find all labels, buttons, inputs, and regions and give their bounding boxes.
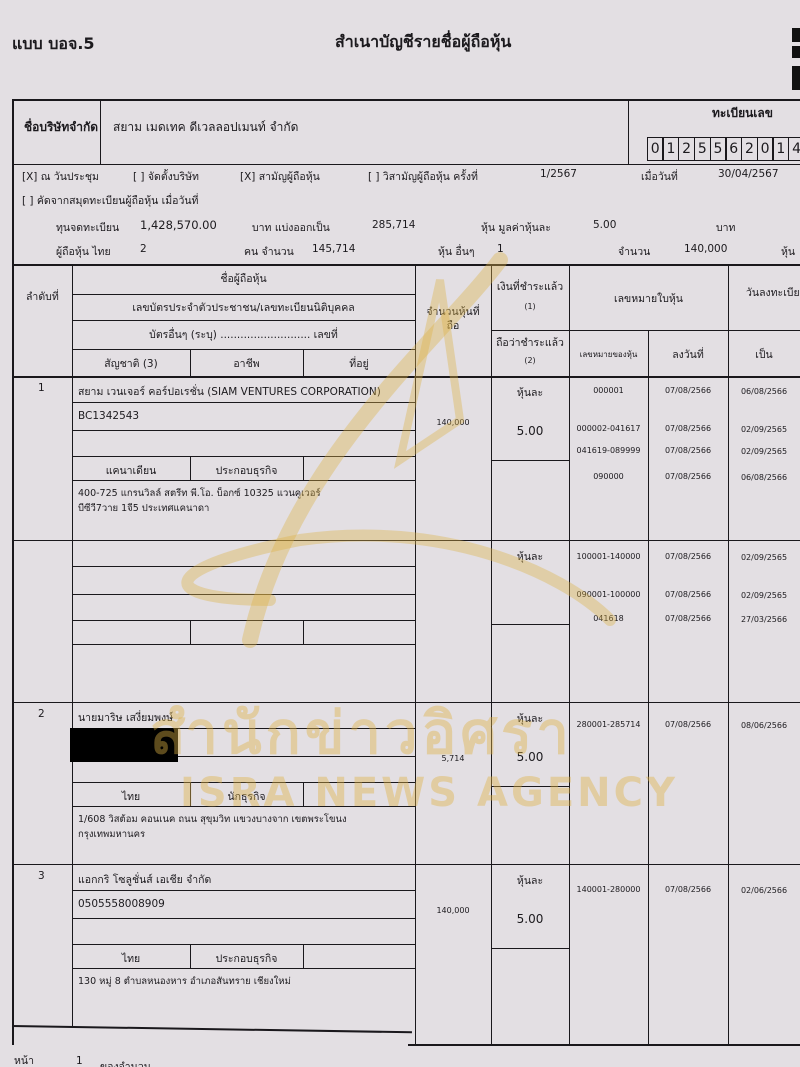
shares-held: 140,000 [415,418,491,427]
divider [72,294,415,295]
per-share-label: หุ้นละ [491,384,569,401]
baht-unit: บาท [716,219,735,236]
holder-name: สยาม เวนเจอร์ คอร์ปอเรชั่น (SIAM VENTURE… [78,383,381,400]
share-number-range: 000002-041617 [569,424,648,433]
divider [491,330,800,331]
holder-occupation: ประกอบธุรกิจ [190,950,303,967]
thai-holders-count: 2 [140,243,147,255]
other-shares: 140,000 [684,243,727,255]
company-name: สยาม เมดเทค ดีเวลลอปเมนท์ จำกัด [113,118,298,137]
divider [303,456,304,480]
registration-digit: 2 [741,137,758,161]
page-number: 1 [76,1055,83,1067]
divider [72,430,415,431]
registration-date: 08/06/2566 [728,721,800,730]
thai-holders-label: ผู้ถือหุ้น ไทย [56,243,111,260]
col-certificate-no: เลขหมายใบหุ้น [569,290,728,307]
per-share-label: หุ้นละ [491,710,569,727]
divider [303,944,304,968]
col-seq: ลำดับที่ [26,288,59,305]
holder-id-number: 0505558008909 [78,898,165,910]
total-shares: 285,714 [372,219,415,231]
divider [491,948,569,949]
meeting-number: 1/2567 [540,168,577,180]
shares-held: 5,714 [415,754,491,763]
page-label: หน้า [14,1052,34,1067]
divider [72,620,415,621]
registration-number: 0125562014 [648,137,800,161]
divider [190,620,191,644]
divider [12,702,800,703]
option-copy-from-register: [ ] คัดจากสมุดทะเบียนผู้ถือหุ้น เมื่อวัน… [22,192,198,209]
divider [648,330,649,1044]
col-paid-cash: เงินที่ชำระแล้ว [491,278,569,295]
page-title: สำเนาบัญชีรายชื่อผู้ถือหุ้น [335,30,511,55]
divider [72,806,415,807]
col-dated: ลงวันที่ [648,346,728,363]
other-holders-count: 1 [497,243,504,255]
divider [72,456,415,457]
col-shares-held: จำนวนหุ้นที่ถือ [422,305,484,333]
registered-capital-label: ทุนจดทะเบียน [56,219,119,236]
divider [12,376,800,378]
col-deemed-paid: ถือว่าชำระแล้ว [491,334,569,351]
divider [72,782,415,783]
col-holder-name: ชื่อผู้ถือหุ้น [72,270,415,287]
share-number-range: 041618 [569,614,648,623]
divider [100,99,101,164]
divider [303,782,304,806]
divider [12,1025,412,1033]
par-value-label: หุ้น มูลค่าหุ้นละ [481,219,551,236]
registered-capital: 1,428,570.00 [140,218,217,232]
per-share-value: 5.00 [491,750,569,764]
divider [491,786,569,787]
per-share-value: 5.00 [491,912,569,926]
registration-date: 02/09/2565 [728,425,800,434]
registration-date: 02/09/2565 [728,447,800,456]
certificate-date: 07/08/2566 [648,424,728,433]
holder-address-line2: กรุงเทพมหานคร [78,827,145,842]
per-share-value: 5.00 [491,424,569,438]
option-meeting-date: [X] ณ วันประชุม [22,168,99,185]
form-code: แบบ บอจ.5 [12,32,95,57]
divider [72,349,415,350]
registration-date: 06/08/2566 [728,387,800,396]
certificate-date: 07/08/2566 [648,386,728,395]
divider [415,264,416,1044]
divider [72,968,415,969]
divider [408,1044,800,1046]
col-registration-date: วันลงทะเบียน [746,284,800,301]
page-of-label: ของจำนวน [100,1058,151,1067]
row-seq: 2 [38,708,45,720]
par-value: 5.00 [593,219,616,231]
registration-digit: 0 [647,137,664,161]
registration-digit: 1 [772,137,789,161]
registration-date: 02/06/2566 [728,886,800,895]
share-number-range: 140001-280000 [569,885,648,894]
divider [569,264,570,1044]
share-number-range: 090001-100000 [569,590,648,599]
registration-date: 06/08/2566 [728,473,800,482]
certificate-date: 07/08/2566 [648,552,728,561]
share-number-range: 100001-140000 [569,552,648,561]
shares-held: 140,000 [415,906,491,915]
holder-id-number: BC1342543 [78,410,139,422]
divider [12,164,800,165]
col-share-no: เลขหมายของหุ้น [569,348,648,361]
holder-nationality: แคนาเดียน [72,462,190,479]
holder-address-line1: 1/608 วิสต้อม คอนเนค ถนน สุขุมวิท แขวงบา… [78,812,347,827]
divider [491,624,569,625]
holder-name: แอกกริ โซลูชั่นส์ เอเชีย จำกัด [78,871,211,888]
share-number-range: 041619-089999 [569,446,648,455]
holder-nationality: ไทย [72,788,190,805]
registration-digit: 2 [678,137,695,161]
divider [491,264,492,1044]
col-address: ที่อยู่ [303,355,415,372]
share-number-range: 090000 [569,472,648,481]
registration-digit: 1 [662,137,679,161]
col-id-number: เลขบัตรประจำตัวประชาชน/เลขทะเบียนนิติบุค… [72,299,415,316]
divider [12,99,14,1045]
other-holders-label: หุ้น อื่นๆ [438,243,475,260]
option-ordinary: [X] สามัญผู้ถือหุ้น [240,168,320,185]
divider [628,99,629,164]
divider [12,264,800,266]
certificate-date: 07/08/2566 [648,472,728,481]
registration-digit: 0 [757,137,774,161]
divider [72,566,415,567]
registration-date: 02/09/2565 [728,553,800,562]
company-name-label: ชื่อบริษัทจำกัด [24,118,98,137]
per-share-label: หุ้นละ [491,872,569,889]
divider [72,890,415,891]
col-nationality: สัญชาติ (3) [72,355,190,372]
divider [72,594,415,595]
share-number-range: 000001 [569,386,648,395]
holder-occupation: นักธุรกิจ [190,788,303,805]
holder-name: นายมาริษ เสงี่ยมพงษ์ [78,709,173,726]
divider [12,540,800,541]
divider [72,918,415,919]
registration-date: 02/09/2565 [728,591,800,600]
divider [72,320,415,321]
divider [303,620,304,644]
registration-digit: 6 [725,137,742,161]
holder-address-line1: 130 หมู่ 8 ตำบลหนองหาร อำเภอสันทราย เชีย… [78,974,291,989]
col-deemed-paid-note: (2) [491,356,569,365]
divider [12,99,800,101]
meeting-date: 30/04/2567 [718,168,779,180]
row-seq: 3 [38,870,45,882]
divided-label: บาท แบ่งออกเป็น [252,219,330,236]
qr-code-fragment [792,28,800,90]
per-share-label: หุ้นละ [491,548,569,565]
holder-address-line1: 400-725 แกรนวิลล์ สตรีท พี.โอ. บ็อกซ์ 10… [78,486,321,501]
registration-digit: 5 [710,137,727,161]
watermark-thai: สำนักข่าวอิศรา [150,686,573,779]
share-number-range: 280001-285714 [569,720,648,729]
divider [491,460,569,461]
thai-shares: 145,714 [312,243,355,255]
redacted-id-number [70,728,178,762]
col-became: เป็น [728,346,800,363]
certificate-date: 07/08/2566 [648,885,728,894]
registration-date: 27/03/2566 [728,615,800,624]
certificate-date: 07/08/2566 [648,614,728,623]
option-founding: [ ] จัดตั้งบริษัท [133,168,199,185]
divider [72,480,415,481]
divider [72,402,415,403]
holder-nationality: ไทย [72,950,190,967]
certificate-date: 07/08/2566 [648,590,728,599]
col-paid-cash-note: (1) [491,302,569,311]
persons-amount-label: คน จำนวน [244,243,294,260]
holder-occupation: ประกอบธุรกิจ [190,462,303,479]
holder-address-line2: บีซีวี7วาย 1จี5 ประเทศแคนาดา [78,501,209,516]
divider [72,264,73,1026]
certificate-date: 07/08/2566 [648,720,728,729]
divider [72,644,415,645]
col-occupation: อาชีพ [190,355,303,372]
meeting-date-label: เมื่อวันที่ [641,168,678,185]
certificate-date: 07/08/2566 [648,446,728,455]
divider [728,264,729,1044]
registration-label: ทะเบียนเลข [712,104,773,123]
col-other-card: บัตรอื่นๆ (ระบุ) .......................… [72,326,415,343]
shares-unit: หุ้น [781,243,795,260]
option-extraordinary: [ ] วิสามัญผู้ถือหุ้น ครั้งที่ [368,168,478,185]
divider [12,864,800,865]
registration-digit: 4 [788,137,800,161]
other-amount-label: จำนวน [618,243,650,260]
divider [72,944,415,945]
row-seq: 1 [38,382,45,394]
registration-digit: 5 [694,137,711,161]
